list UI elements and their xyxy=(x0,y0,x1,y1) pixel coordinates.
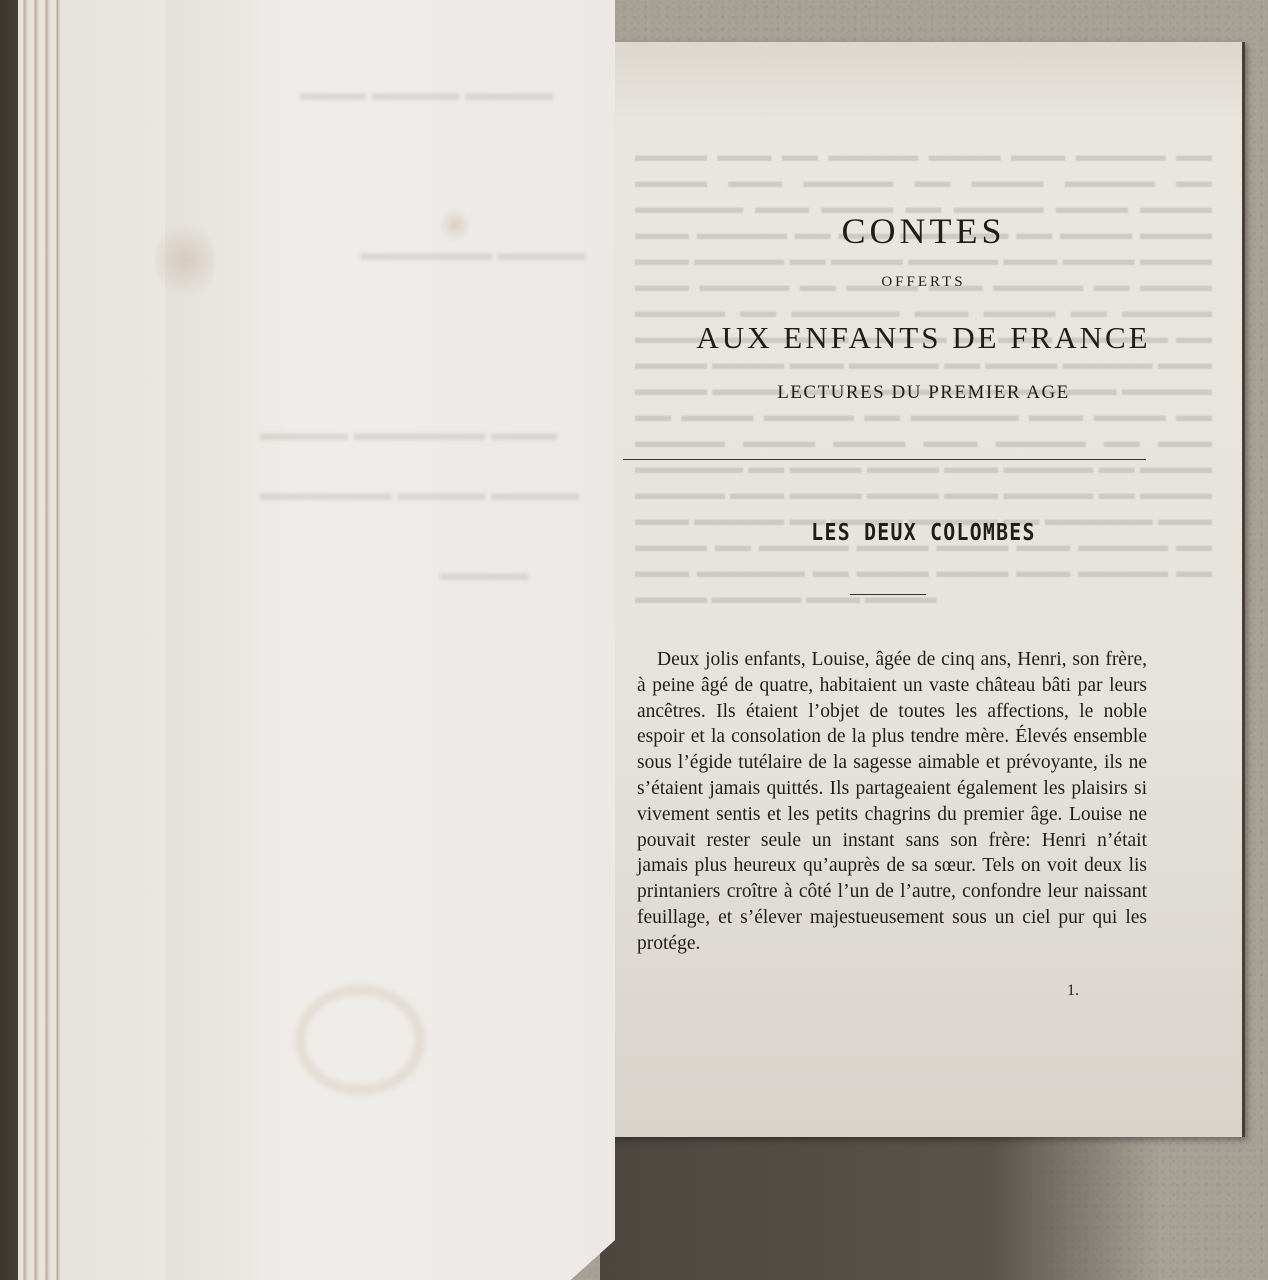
book-subtitle: OFFERTS xyxy=(605,274,1242,291)
story-title: LES DEUX COLOMBES xyxy=(650,520,1198,546)
book-audience: AUX ENFANTS DE FRANCE xyxy=(605,320,1242,356)
foxing-spot xyxy=(155,215,215,305)
short-divider-rule xyxy=(850,594,926,595)
book-series: LECTURES DU PREMIER AGE xyxy=(605,382,1242,404)
right-page: ▬▬▬▬ ▬▬▬ ▬▬ ▬▬▬▬▬ ▬▬▬▬ ▬▬▬ ▬▬▬▬▬ ▬▬ ▬▬▬▬… xyxy=(605,42,1245,1137)
bleed-through-text: ▬▬▬▬▬▬ ▬▬▬▬ ▬▬▬▬ xyxy=(260,480,579,506)
divider-rule xyxy=(623,459,1146,460)
story-paragraph: Deux jolis enfants, Louise, âgée de cinq… xyxy=(637,647,1147,957)
left-page: ▬▬▬ ▬▬▬▬ ▬▬▬▬ ▬▬▬▬▬▬ ▬▬▬▬ ▬▬▬▬ ▬▬▬▬▬▬ ▬▬… xyxy=(60,0,615,1280)
bleed-through-text: ▬▬▬ ▬▬▬▬ ▬▬▬▬ xyxy=(300,80,553,106)
signature-mark: 1. xyxy=(1067,982,1079,1000)
bleed-through-text: ▬▬▬▬ ▬▬▬▬▬▬ ▬▬▬ xyxy=(260,420,557,446)
book-shadow xyxy=(600,1130,1160,1280)
bleed-through-text: ▬▬▬▬ xyxy=(440,560,528,586)
stain-ring xyxy=(295,985,425,1095)
bleed-through-text: ▬▬▬▬▬▬ ▬▬▬▬ xyxy=(360,240,586,266)
foxing-spot xyxy=(440,205,470,245)
story-body: Deux jolis enfants, Louise, âgée de cinq… xyxy=(637,647,1147,957)
book-title: CONTES xyxy=(605,210,1242,252)
